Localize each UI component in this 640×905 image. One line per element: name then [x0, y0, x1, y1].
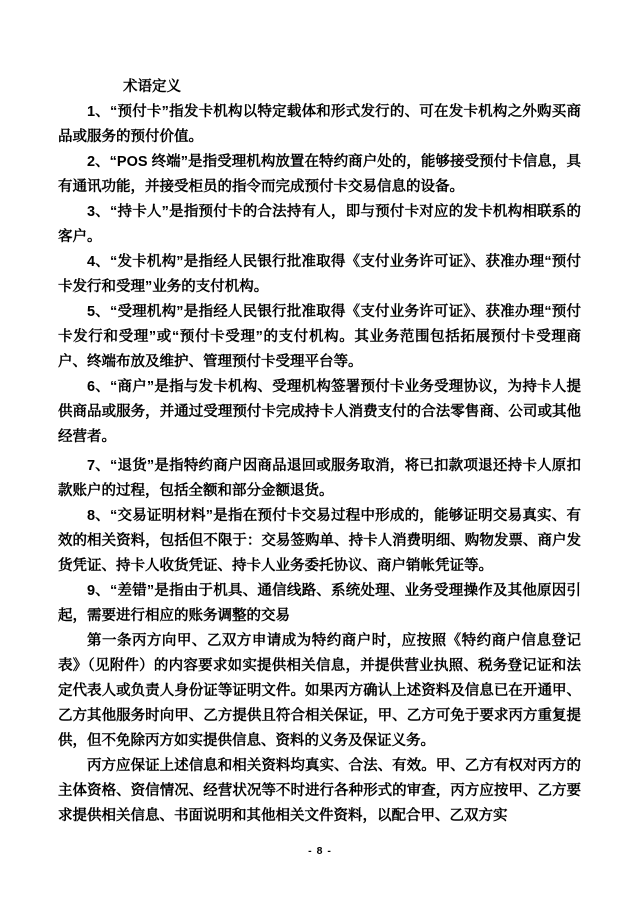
clause-1-continuation-paragraph: 丙方应保证上述信息和相关资料均真实、合法、有效。甲、乙方有权对丙方的主体资格、资…: [58, 754, 581, 829]
clause-1-lead: 第一条: [87, 633, 132, 649]
term-definition-6: 6、“商户”是指与发卡机构、受理机构签署预付卡业务受理协议，为持卡人提供商品或服…: [58, 375, 581, 450]
term-definition-4: 4、“发卡机构”是指经人民银行批准取得《支付业务许可证》、获准办理“预付卡发行和…: [58, 250, 581, 300]
clause-1-paragraph: 第一条丙方向甲、乙双方申请成为特约商户时，应按照《特约商户信息登记表》（见附件）…: [58, 629, 581, 754]
term-definition-2: 2、“POS 终端”是指受理机构放置在特约商户处的，能够接受预付卡信息，具有通讯…: [58, 150, 581, 200]
term-definition-8: 8、“交易证明材料”是指在预付卡交易过程中形成的，能够证明交易真实、有效的相关资…: [58, 504, 581, 579]
document-page: 术语定义 1、“预付卡”指发卡机构以特定载体和形式发行的、可在发卡机构之外购买商…: [0, 0, 640, 905]
clause-1-text: 丙方向甲、乙双方申请成为特约商户时，应按照《特约商户信息登记表》（见附件）的内容…: [58, 633, 581, 749]
term-definition-3: 3、“持卡人”是指预付卡的合法持有人，即与预付卡对应的发卡机构相联系的客户。: [58, 200, 581, 250]
term-definition-7: 7、“退货”是指特约商户因商品退回或服务取消，将已扣款项退还持卡人原扣款账户的过…: [58, 454, 581, 504]
term-definition-5: 5、“受理机构”是指经人民银行批准取得《支付业务许可证》、获准办理“预付卡发行和…: [58, 300, 581, 375]
section-heading: 术语定义: [58, 75, 581, 100]
page-number: - 8 -: [0, 844, 640, 858]
term-definition-9: 9、“差错”是指由于机具、通信线路、系统处理、业务受理操作及其他原因引起，需要进…: [58, 579, 581, 629]
document-body: 术语定义 1、“预付卡”指发卡机构以特定载体和形式发行的、可在发卡机构之外购买商…: [58, 75, 581, 829]
term-definition-1: 1、“预付卡”指发卡机构以特定载体和形式发行的、可在发卡机构之外购买商品或服务的…: [58, 100, 581, 150]
